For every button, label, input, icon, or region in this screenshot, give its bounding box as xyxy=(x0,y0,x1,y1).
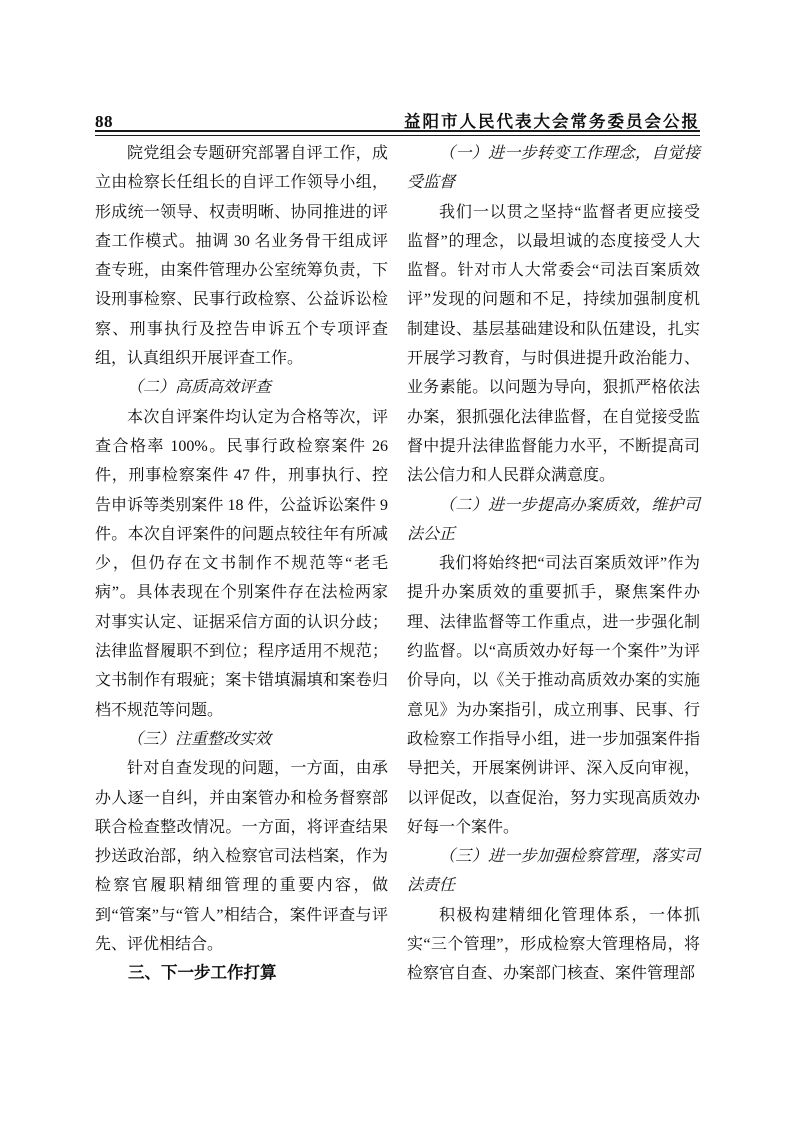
sub-heading: （三）进一步加强检察管理，落实司法责任 xyxy=(407,842,700,901)
paragraph: 我们一以贯之坚持“监督者更应接受监督”的理念，以最坦诚的态度接受人大监督。针对市… xyxy=(407,198,700,491)
page-header: 88 益阳市人民代表大会常务委员会公报 xyxy=(95,108,700,132)
section-heading: 三、下一步工作打算 xyxy=(95,959,388,988)
paragraph: 院党组会专题研究部署自评工作，成立由检察长任组长的自评工作领导小组，形成统一领导… xyxy=(95,139,388,373)
paragraph: 积极构建精细化管理体系，一体抓实“三个管理”，形成检察大管理格局，将检察官自查、… xyxy=(407,901,700,989)
document-page: 88 益阳市人民代表大会常务委员会公报 院党组会专题研究部署自评工作，成立由检察… xyxy=(0,0,794,1122)
bulletin-title: 益阳市人民代表大会常务委员会公报 xyxy=(404,108,700,132)
page-number: 88 xyxy=(95,112,113,132)
right-column: （一）进一步转变工作理念，自觉接受监督我们一以贯之坚持“监督者更应接受监督”的理… xyxy=(407,139,700,989)
paragraph: 我们将始终把“司法百案质效评”作为提升办案质效的重要抓手，聚焦案件办理、法律监督… xyxy=(407,549,700,842)
sub-heading: （三）注重整改实效 xyxy=(95,725,388,754)
paragraph: 针对自查发现的问题，一方面，由承办人逐一自纠，并由案管办和检务督察部联合检查整改… xyxy=(95,754,388,959)
sub-heading: （二）进一步提高办案质效，维护司法公正 xyxy=(407,491,700,550)
document-body: 院党组会专题研究部署自评工作，成立由检察长任组长的自评工作领导小组，形成统一领导… xyxy=(95,139,700,989)
left-column: 院党组会专题研究部署自评工作，成立由检察长任组长的自评工作领导小组，形成统一领导… xyxy=(95,139,388,989)
sub-heading: （一）进一步转变工作理念，自觉接受监督 xyxy=(407,139,700,198)
sub-heading: （二）高质高效评查 xyxy=(95,373,388,402)
header-rule-divider xyxy=(95,130,700,136)
paragraph: 本次自评案件均认定为合格等次，评查合格率 100%。民事行政检察案件 26 件，… xyxy=(95,403,388,725)
